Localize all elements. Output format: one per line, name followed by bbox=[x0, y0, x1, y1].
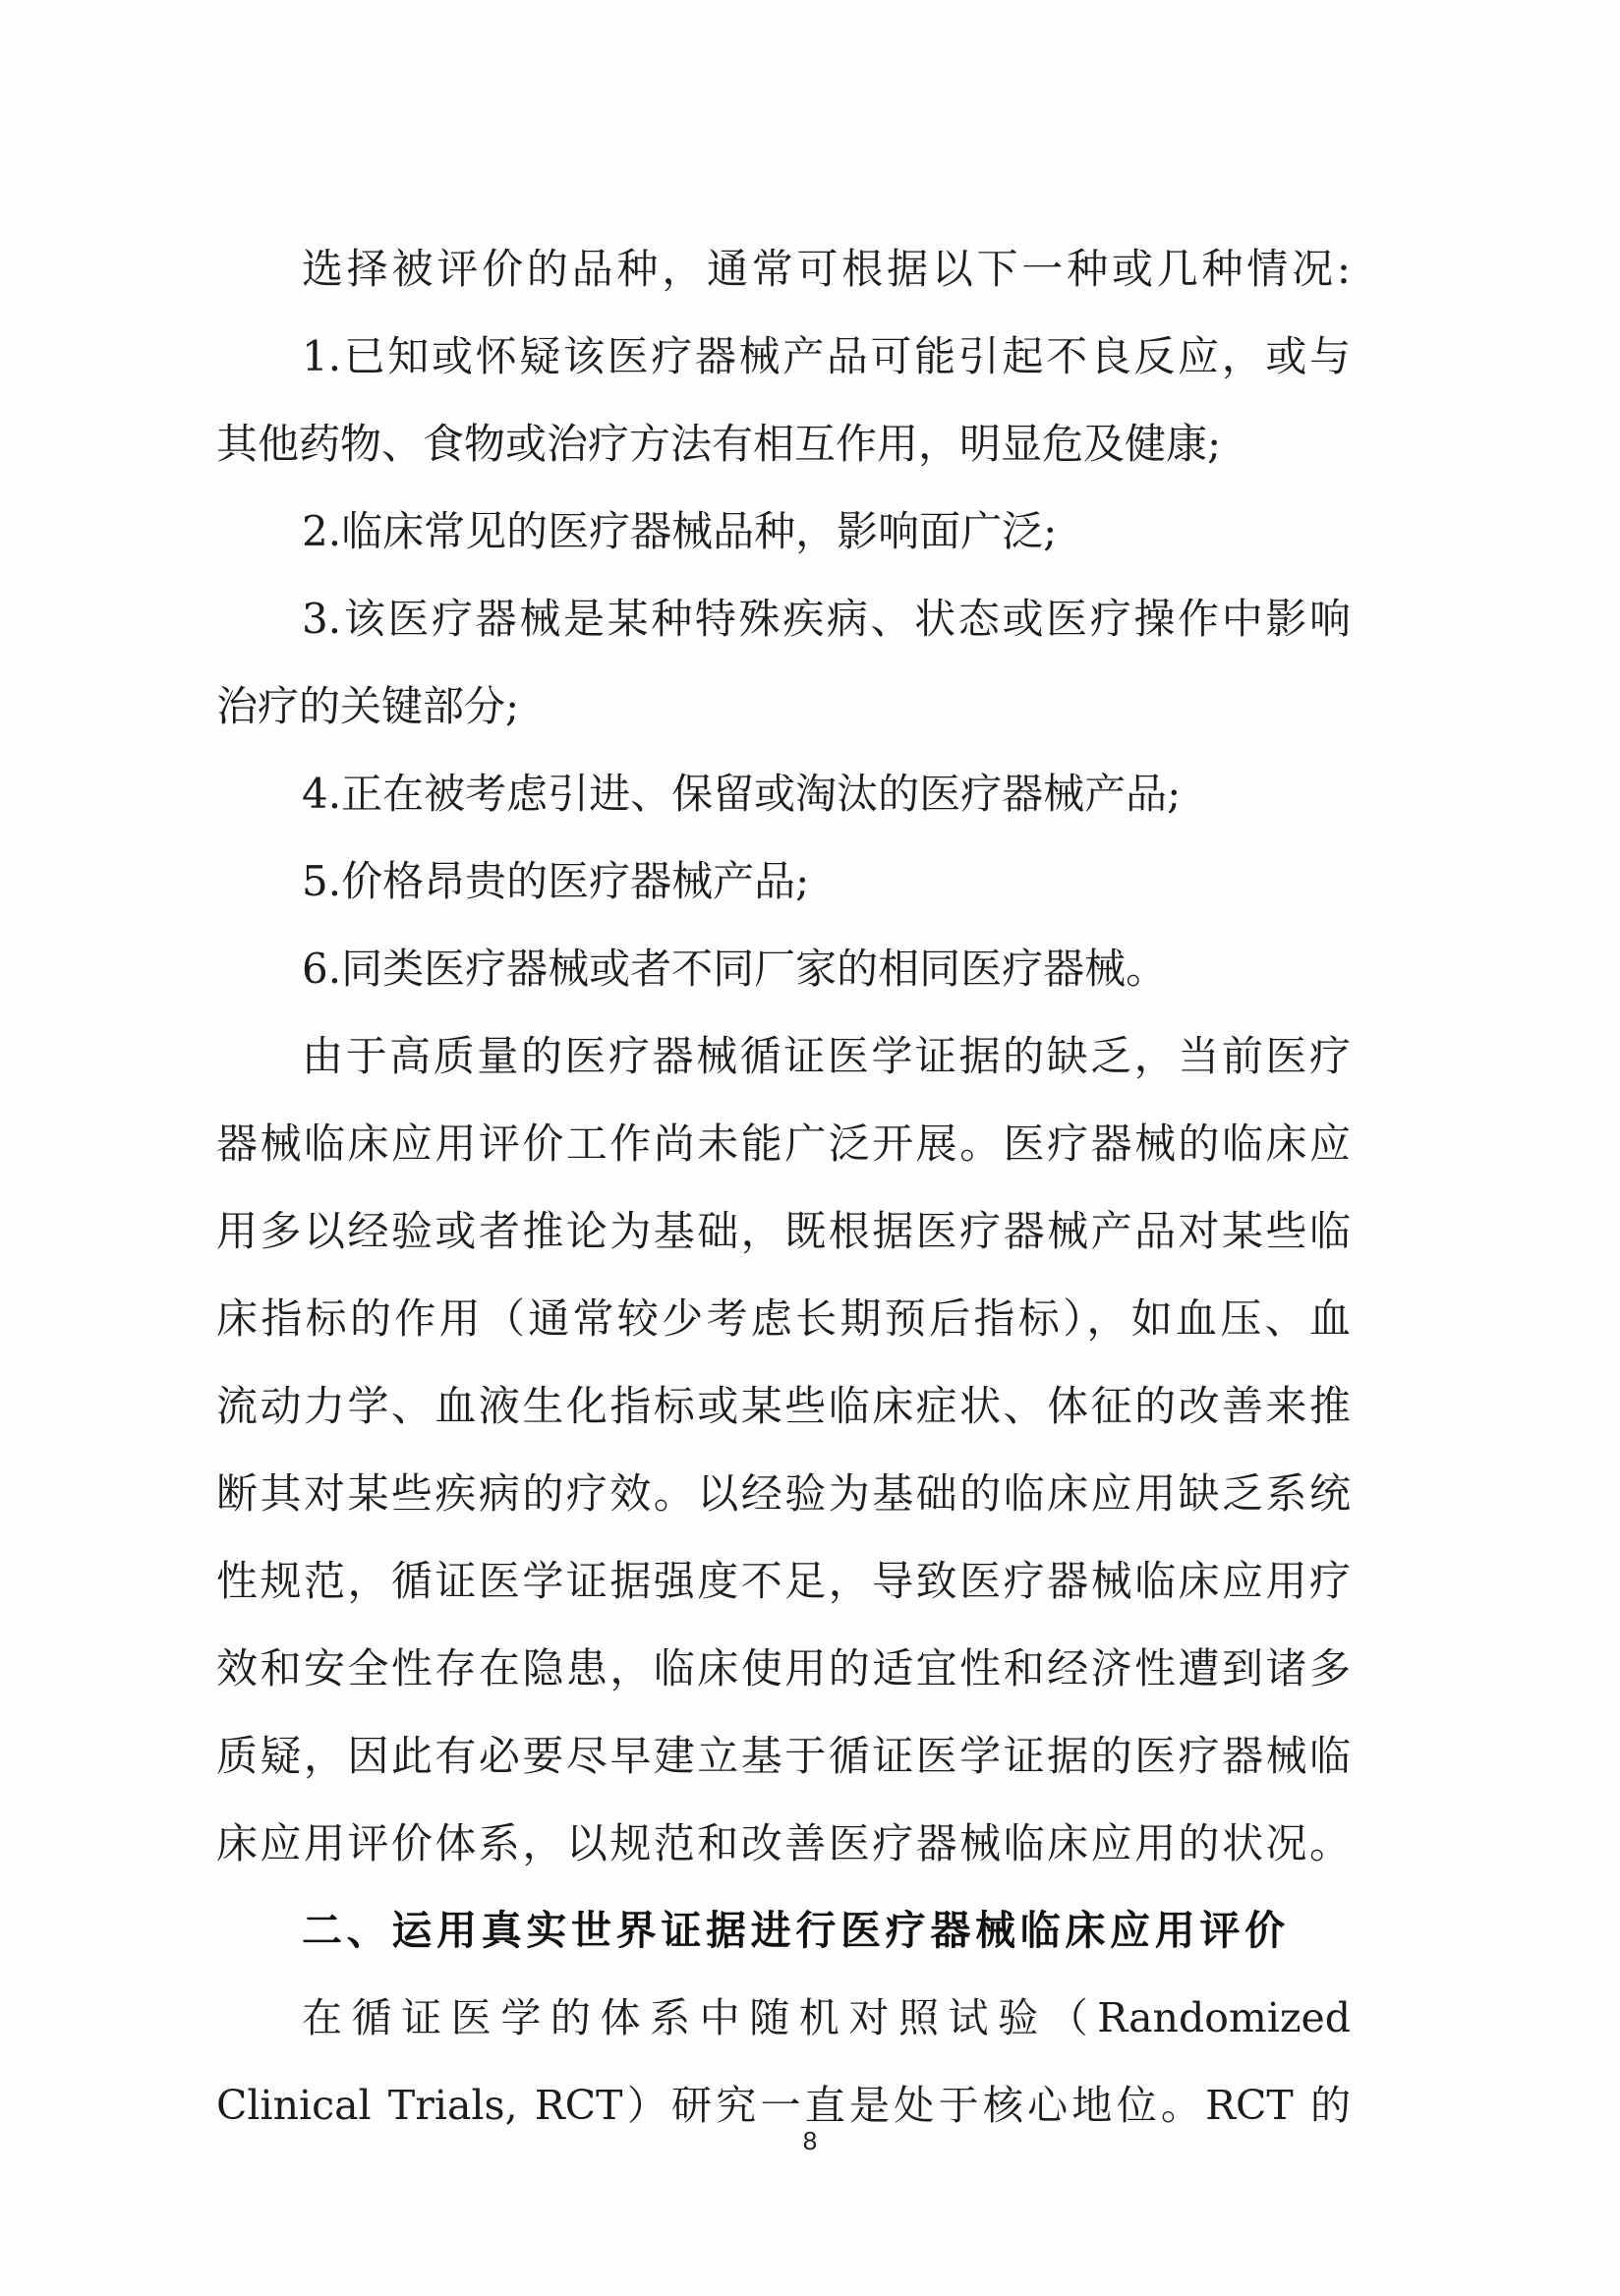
list-item-3-continued: 治疗的关键部分; bbox=[216, 662, 1351, 750]
section-heading: 二、运用真实世界证据进行医疗器械临床应用评价 bbox=[302, 1887, 1285, 1975]
list-item-5: 5.价格昂贵的医疗器械产品; bbox=[302, 837, 1351, 925]
list-item-3: 3.该医疗器械是某种特殊疾病、状态或医疗操作中影响 bbox=[302, 575, 1351, 662]
page-number: 8 bbox=[0, 2121, 1620, 2160]
paragraph-line: 用多以经验或者推论为基础，既根据医疗器械产品对某些临 bbox=[216, 1187, 1351, 1275]
paragraph-line: 器械临床应用评价工作尚未能广泛开展。医疗器械的临床应 bbox=[216, 1100, 1351, 1187]
rct-paragraph-line-1: 在循证医学的体系中随机对照试验（Randomized bbox=[302, 1975, 1351, 2062]
paragraph-line: 效和安全性存在隐患，临床使用的适宜性和经济性遭到诸多 bbox=[216, 1625, 1351, 1712]
paragraph-line: 床应用评价体系，以规范和改善医疗器械临床应用的状况。 bbox=[216, 1800, 1351, 1887]
list-item-1-continued: 其他药物、食物或治疗方法有相互作用，明显危及健康; bbox=[216, 400, 1351, 488]
intro-sentence: 选择被评价的品种，通常可根据以下一种或几种情况: bbox=[302, 225, 1351, 313]
paragraph-line: 性规范，循证医学证据强度不足，导致医疗器械临床应用疗 bbox=[216, 1537, 1351, 1625]
list-item-6: 6.同类医疗器械或者不同厂家的相同医疗器械。 bbox=[302, 925, 1351, 1012]
paragraph-line: 质疑，因此有必要尽早建立基于循证医学证据的医疗器械临 bbox=[216, 1712, 1351, 1800]
document-page: 选择被评价的品种，通常可根据以下一种或几种情况: 1.已知或怀疑该医疗器械产品可… bbox=[0, 0, 1620, 2296]
paragraph-line: 床指标的作用（通常较少考虑长期预后指标），如血压、血 bbox=[216, 1275, 1351, 1362]
list-item-1: 1.已知或怀疑该医疗器械产品可能引起不良反应，或与 bbox=[302, 313, 1351, 400]
paragraph-line: 由于高质量的医疗器械循证医学证据的缺乏，当前医疗 bbox=[302, 1012, 1351, 1100]
list-item-4: 4.正在被考虑引进、保留或淘汰的医疗器械产品; bbox=[302, 750, 1351, 837]
paragraph-line: 断其对某些疾病的疗效。以经验为基础的临床应用缺乏系统 bbox=[216, 1450, 1351, 1537]
list-item-2: 2.临床常见的医疗器械品种，影响面广泛; bbox=[302, 488, 1351, 575]
paragraph-line: 流动力学、血液生化指标或某些临床症状、体征的改善来推 bbox=[216, 1362, 1351, 1450]
